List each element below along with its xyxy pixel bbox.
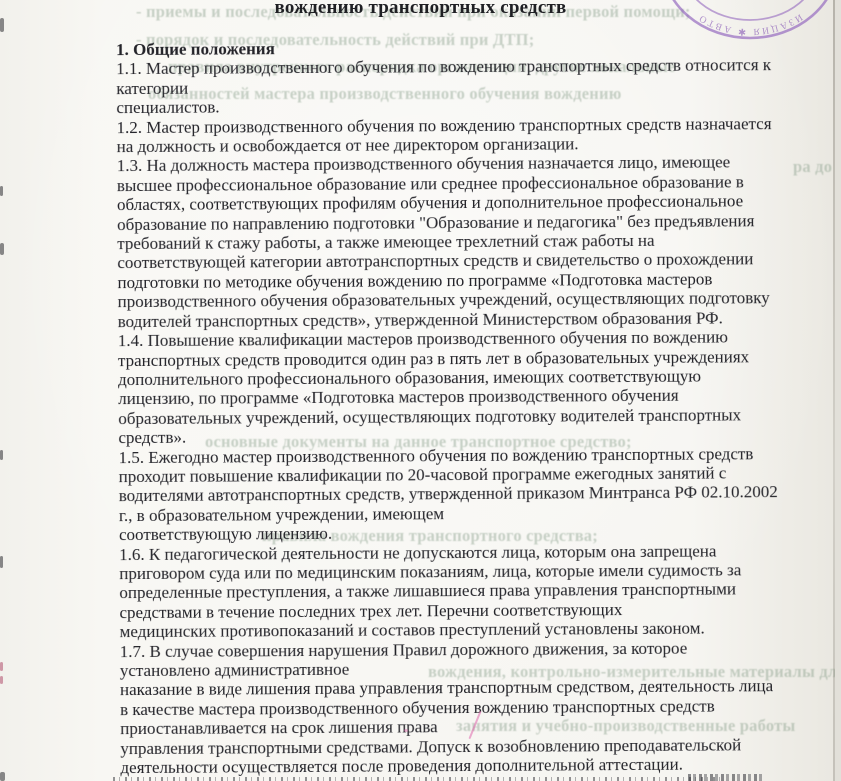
paper-page: - приемы и последовательность действий п… xyxy=(0,0,841,781)
scan-speck xyxy=(0,662,3,671)
paragraph-1-1: 1.1. Мастер производственного обучения п… xyxy=(116,55,816,117)
paragraph-1-7: 1.7. В случае совершения нарушения Прави… xyxy=(120,637,821,777)
paragraph-1-6: 1.6. К педагогической деятельности не до… xyxy=(119,540,820,641)
scan-speck xyxy=(0,556,3,568)
page-right-edge-shade xyxy=(835,0,841,781)
document-body: 1. Общие положения 1.1. Мастер производс… xyxy=(116,36,820,778)
paragraph-1-5: 1.5. Ежегодно мастер производственного о… xyxy=(118,443,819,544)
paragraph-1-2: 1.2. Мастер производственного обучения п… xyxy=(116,113,816,156)
scan-speck xyxy=(0,676,3,684)
scan-speck xyxy=(0,18,4,32)
scan-speck xyxy=(0,243,4,255)
cropped-bottom-text-fragment xyxy=(688,774,764,781)
stamp-arc-text: ИЗАЦИЯ ✱ АВТО xyxy=(696,11,803,37)
scan-speck xyxy=(0,772,5,781)
page-right-edge-line xyxy=(833,0,835,781)
scan-speck xyxy=(0,450,3,460)
paragraph-1-3: 1.3. На должность мастера производственн… xyxy=(117,152,818,331)
paragraph-1-4: 1.4. Повышение квалификации мастеров про… xyxy=(118,327,819,448)
scan-speck xyxy=(0,186,3,196)
scanned-document: { "document": { "title_line": "вождению … xyxy=(0,0,841,781)
cropped-bottom-text-line xyxy=(113,777,725,781)
pink-pen-dot xyxy=(404,729,408,732)
